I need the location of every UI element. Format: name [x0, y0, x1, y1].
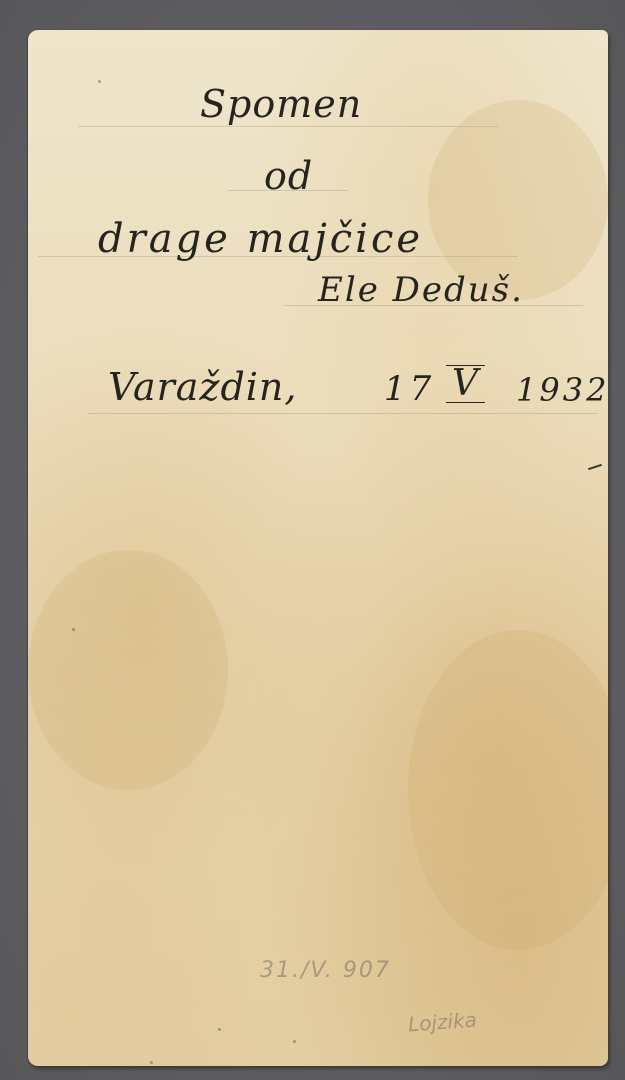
paper-speck [293, 1040, 296, 1043]
pencil-name-note: Lojzika [407, 1008, 477, 1037]
photo-card-back: Spomen od drage majčice Ele Deduš. Varaž… [28, 30, 608, 1066]
guide-line [78, 126, 498, 127]
paper-stain [28, 550, 228, 790]
paper-speck [150, 1061, 153, 1064]
date-year: 1932. [516, 371, 608, 409]
paper-speck [218, 1028, 221, 1031]
date-month-roman: V [446, 365, 485, 403]
place-name: Varaždin, [108, 365, 297, 409]
paper-stain [408, 630, 608, 950]
inscription-line-od: od [264, 154, 313, 198]
paper-speck [98, 80, 101, 83]
date-day: 17 [384, 369, 435, 409]
ink-mark [588, 464, 602, 470]
place-date-line: Varaždin, 17 V 1932. [108, 365, 608, 425]
inscription-line-name: Ele Deduš. [318, 270, 524, 310]
pencil-date-note: 31./V. 907 [260, 958, 391, 983]
inscription-line-spomen: Spomen [200, 82, 362, 126]
paper-speck [72, 628, 75, 631]
inscription-line-drage-majcice: drage majčice [98, 216, 423, 262]
